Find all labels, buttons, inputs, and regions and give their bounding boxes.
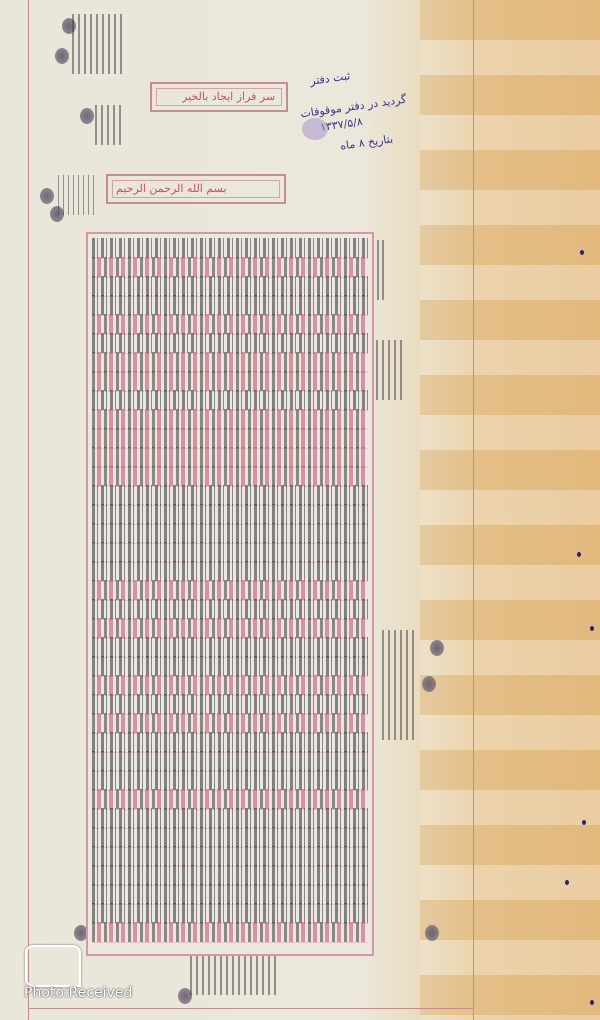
header-box-2-text: بسم الله الرحمن الرحیم (116, 182, 227, 195)
logo-icon (25, 945, 81, 987)
ink-dot (590, 1000, 594, 1005)
watermark: Photo:Received (24, 985, 132, 1001)
blue-annotation-1: ثبت دفتر (309, 69, 351, 87)
margin-rule-bottom (28, 1008, 473, 1009)
seal-icon (40, 188, 54, 204)
blue-annotation-4: بتاریخ ۸ ماه (339, 132, 393, 152)
seal-icon (55, 48, 69, 64)
marginal-note (372, 240, 386, 300)
marginal-note (72, 14, 122, 74)
marginal-note (95, 105, 125, 145)
header-box-1-text: سر فراز ایجاد بالخیر (182, 90, 275, 103)
ink-dot (582, 820, 586, 825)
seal-icon (80, 108, 94, 124)
seal-icon (425, 925, 439, 941)
margin-rule-inner (473, 0, 474, 1020)
water-stain (420, 0, 600, 1020)
marginal-note (382, 630, 418, 740)
ink-dot (580, 250, 584, 255)
margin-rule-left (28, 0, 29, 1020)
seal-icon (422, 676, 436, 692)
header-box-1: سر فراز ایجاد بالخیر (150, 82, 288, 112)
ink-dot (565, 880, 569, 885)
marginal-note (58, 175, 98, 215)
ink-dot (577, 552, 581, 557)
header-box-2: بسم الله الرحمن الرحیم (106, 174, 286, 204)
seal-icon (430, 640, 444, 656)
main-text-panel (86, 232, 374, 956)
blue-seal (302, 118, 328, 140)
ink-dot (590, 626, 594, 631)
marginal-note (376, 340, 406, 400)
